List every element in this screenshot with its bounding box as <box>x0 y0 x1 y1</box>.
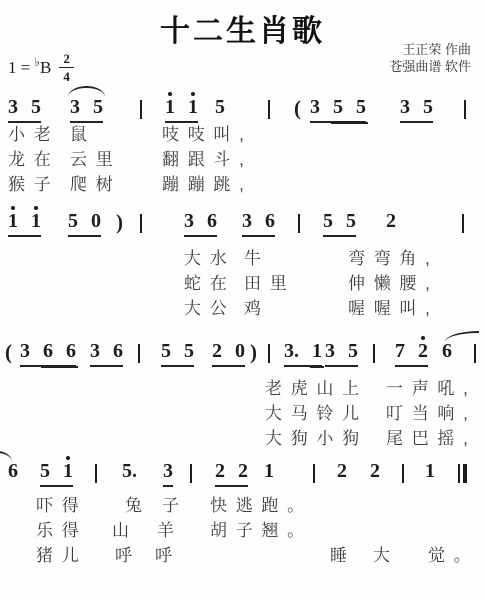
lyric-segment: 田里 <box>244 273 295 295</box>
lyric-row: 蛇在田里伸懒腰, <box>0 273 485 297</box>
barline <box>138 344 140 363</box>
octave-dot <box>168 92 172 96</box>
note: 5 <box>40 460 50 482</box>
note-group: 3 <box>163 460 173 487</box>
octave-dot <box>11 206 15 210</box>
lyric-segment: 乐得 <box>36 520 87 542</box>
note-group: 6 <box>442 340 452 367</box>
octave-dot <box>191 92 195 96</box>
lyric-segment: 猪儿 <box>36 545 87 567</box>
note: 5. <box>122 460 137 482</box>
note: 5 <box>68 210 78 232</box>
beam-group: 36 <box>242 210 275 237</box>
beam-group: 55 <box>323 210 356 237</box>
note-group: 5 <box>215 96 225 123</box>
lyric-row: 猪儿呼呼睡大觉。 <box>0 545 485 569</box>
note-row: (366365520)3.135726 <box>0 340 485 374</box>
lyric-segment: 喔喔叫, <box>348 298 439 320</box>
lyric-segment: 蹦蹦跳, <box>162 174 253 196</box>
key-letter: B <box>40 58 51 78</box>
beam-group: 35 <box>400 96 433 123</box>
note-row: 1150)3636552 <box>0 210 485 244</box>
note-group: 6 <box>8 460 18 487</box>
note: 6 <box>8 460 18 482</box>
sixteenth-beam-group: 66 <box>43 340 76 362</box>
note: 2 <box>337 460 347 482</box>
beam-group: 35 <box>325 340 358 367</box>
barline <box>190 464 192 483</box>
note: 1 <box>31 210 41 232</box>
note: 5 <box>348 340 358 362</box>
beam-group: 22 <box>215 460 248 487</box>
lyric-segment: 大 <box>373 545 399 567</box>
note: 5 <box>31 96 41 118</box>
key-prefix: 1 = <box>8 58 30 78</box>
note: 2 <box>418 340 428 362</box>
octave-dot <box>34 206 38 210</box>
lyric-row: 龙在云里翻跟斗, <box>0 149 485 173</box>
lyric-segment: 猴子 <box>8 174 59 196</box>
note: 3 <box>310 96 320 118</box>
beam-group: 72 <box>395 340 428 367</box>
note: 6 <box>442 340 452 362</box>
barline <box>95 464 97 483</box>
note: 6 <box>66 340 76 362</box>
barline <box>298 214 300 233</box>
note: 0 <box>91 210 101 232</box>
lyric-row: 大公鸡喔喔叫, <box>0 298 485 322</box>
beam-group: 3.1 <box>284 340 322 367</box>
note: 2 <box>238 460 248 482</box>
note: 1 <box>264 460 274 482</box>
barline <box>474 344 476 363</box>
barline <box>313 464 315 483</box>
barline <box>268 100 270 119</box>
parenthesis: ( <box>294 96 301 120</box>
lyric-row: 吓得兔子快逃跑。 <box>0 495 485 519</box>
lyric-segment: 呼 <box>155 545 181 567</box>
composer-credit: 王正荣 作曲 <box>389 41 471 58</box>
time-beats: 2 <box>59 52 74 68</box>
note: 3 <box>163 460 173 482</box>
beam-group: 36 <box>184 210 217 237</box>
beam-group: 355 <box>310 96 366 123</box>
note: 3. <box>284 340 299 362</box>
note: 3 <box>184 210 194 232</box>
note: 5 <box>184 340 194 362</box>
note: 2 <box>386 210 396 232</box>
lyric-row: 大狗小狗尾巴摇, <box>0 428 485 452</box>
final-barline-thin <box>458 464 460 483</box>
beam-group: 50 <box>68 210 101 237</box>
note: 2 <box>215 460 225 482</box>
octave-dot <box>66 456 70 460</box>
note-group: 5. <box>122 460 137 487</box>
lyric-segment: 叮当响, <box>386 403 477 425</box>
note: 5 <box>161 340 171 362</box>
note: 1 <box>425 460 435 482</box>
lyric-segment: 大公 <box>184 298 235 320</box>
beam-group: 51 <box>40 460 73 487</box>
lyric-segment: 小老 <box>8 124 59 146</box>
note-row: 6515.3221221 <box>0 460 485 494</box>
note: 5 <box>323 210 333 232</box>
sixteenth-beam-group: 1 <box>312 340 322 362</box>
lyric-row: 小老鼠吱吱叫, <box>0 124 485 148</box>
beam-group: 11 <box>165 96 198 123</box>
note: 3 <box>90 340 100 362</box>
credits-block: 王正荣 作曲 苍强曲谱 软件 <box>389 41 471 75</box>
barline <box>462 214 464 233</box>
time-beat-unit: 4 <box>59 68 74 83</box>
beam-group: 20 <box>212 340 245 367</box>
lyric-row: 大马铃儿叮当响, <box>0 403 485 427</box>
barline <box>140 214 142 233</box>
lyric-segment: 子 <box>162 495 188 517</box>
beam-group: 36 <box>90 340 123 367</box>
note: 5 <box>215 96 225 118</box>
parenthesis: ) <box>116 210 123 234</box>
lyric-segment: 觉。 <box>428 545 479 567</box>
note: 6 <box>43 340 53 362</box>
lyric-segment: 爬树 <box>70 174 121 196</box>
barline <box>140 100 142 119</box>
lyric-segment: 兔 <box>125 495 151 517</box>
note-group: 1 <box>264 460 274 487</box>
lyric-segment: 鼠 <box>70 124 96 146</box>
lyric-row: 猴子爬树蹦蹦跳, <box>0 174 485 198</box>
beam-group: 35 <box>70 96 103 123</box>
note: 5 <box>93 96 103 118</box>
lyric-row: 大水牛弯弯角, <box>0 248 485 272</box>
lyric-segment: 弯弯角, <box>348 248 439 270</box>
lyric-segment: 山 <box>112 520 138 542</box>
parenthesis: ) <box>250 340 257 364</box>
lyric-segment: 尾巴摇, <box>386 428 477 450</box>
note-group: 2 <box>386 210 396 237</box>
music-sheet: 十二生肖歌 王正荣 作曲 苍强曲谱 软件 1 =♭B 2 4 3535115(3… <box>0 0 485 600</box>
lyric-segment: 一声吼, <box>386 378 477 400</box>
barline <box>268 344 270 363</box>
lyric-segment: 胡子翘。 <box>210 520 313 542</box>
note: 1 <box>188 96 198 118</box>
lyric-segment: 睡 <box>330 545 356 567</box>
lyric-segment: 牛 <box>244 248 270 270</box>
lyric-segment: 云里 <box>70 149 121 171</box>
beam-group: 55 <box>161 340 194 367</box>
lyric-segment: 呼 <box>115 545 141 567</box>
lyric-segment: 老虎山上 <box>265 378 368 400</box>
note-group: 2 <box>370 460 380 487</box>
lyric-segment: 伸懒腰, <box>348 273 439 295</box>
note: 3 <box>242 210 252 232</box>
note: 5 <box>356 96 366 118</box>
note: 1 <box>312 340 322 362</box>
note: 2 <box>370 460 380 482</box>
lyric-segment: 吱吱叫, <box>162 124 253 146</box>
lyric-segment: 快逃跑。 <box>210 495 313 517</box>
beam-group: 366 <box>20 340 76 367</box>
software-credit: 苍强曲谱 软件 <box>389 58 471 75</box>
key-signature: 1 =♭B 2 4 <box>8 52 74 83</box>
lyric-segment: 龙在 <box>8 149 59 171</box>
note: 1 <box>63 460 73 482</box>
note: 1 <box>165 96 175 118</box>
note: 3 <box>70 96 80 118</box>
lyric-segment: 大马铃儿 <box>265 403 368 425</box>
barline <box>464 100 466 119</box>
note: 3 <box>20 340 30 362</box>
lyric-segment: 大水 <box>184 248 235 270</box>
lyric-segment: 吓得 <box>36 495 87 517</box>
note: 6 <box>265 210 275 232</box>
barline <box>402 464 404 483</box>
lyric-row: 乐得山羊胡子翘。 <box>0 520 485 544</box>
note: 3 <box>325 340 335 362</box>
time-signature: 2 4 <box>59 52 74 83</box>
note: 7 <box>395 340 405 362</box>
lyric-segment: 蛇在 <box>184 273 235 295</box>
beam-group: 11 <box>8 210 41 237</box>
lyric-row: 老虎山上一声吼, <box>0 378 485 402</box>
note: 5 <box>333 96 343 118</box>
note: 2 <box>212 340 222 362</box>
note: 1 <box>8 210 18 232</box>
note: 3 <box>8 96 18 118</box>
parenthesis: ( <box>5 340 12 364</box>
beam-group: 35 <box>8 96 41 123</box>
barline <box>373 344 375 363</box>
octave-dot <box>421 336 425 340</box>
flat-icon: ♭ <box>34 55 40 70</box>
note: 0 <box>235 340 245 362</box>
lyric-segment: 翻跟斗, <box>162 149 253 171</box>
note: 3 <box>400 96 410 118</box>
note: 6 <box>207 210 217 232</box>
lyric-segment: 大狗小狗 <box>265 428 368 450</box>
sixteenth-beam-group: 55 <box>333 96 366 118</box>
note-group: 2 <box>337 460 347 487</box>
note-group: 1 <box>425 460 435 487</box>
lyric-segment: 羊 <box>157 520 183 542</box>
note: 6 <box>113 340 123 362</box>
lyric-segment: 鸡 <box>244 298 270 320</box>
note: 5 <box>346 210 356 232</box>
note: 5 <box>423 96 433 118</box>
final-barline-thick <box>463 464 467 483</box>
